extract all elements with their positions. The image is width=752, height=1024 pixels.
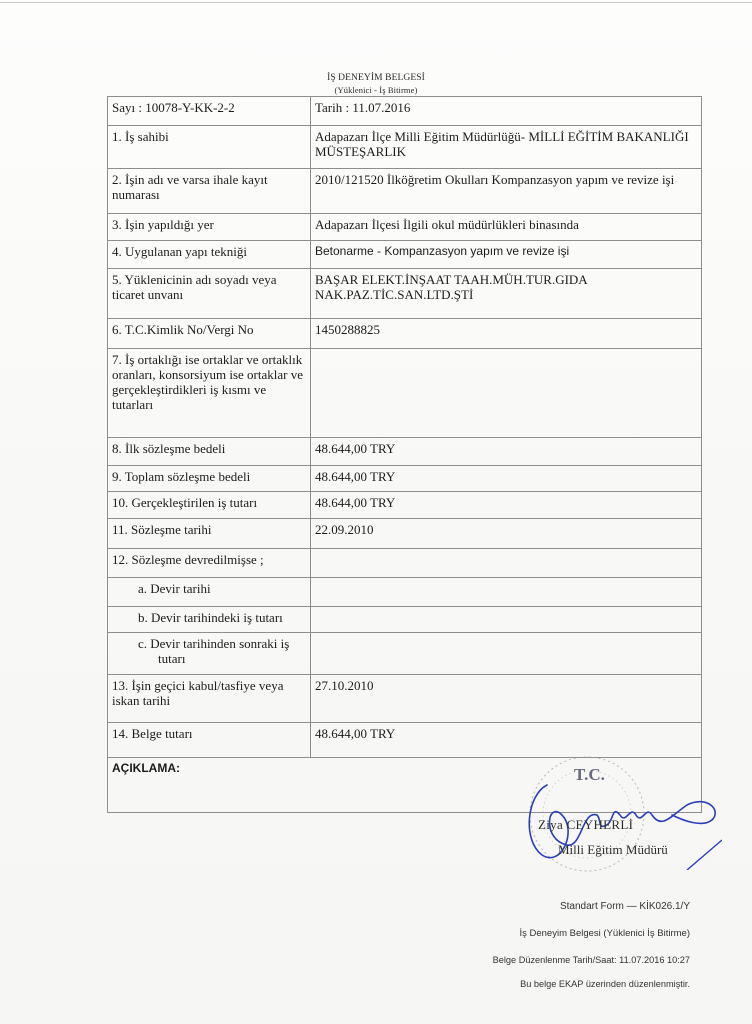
table-row: 7. İş ortaklığı ise ortaklar ve ortaklık…: [108, 349, 702, 438]
row-value: 48.644,00 TRY: [311, 492, 702, 519]
experience-certificate-table: Sayı : 10078-Y-KK-2-2 Tarih : 11.07.2016…: [107, 96, 702, 813]
row-value: [311, 578, 702, 607]
footer-ekap-note: Bu belge EKAP üzerinden düzenlenmiştir.: [520, 979, 690, 989]
table-row: a. Devir tarihi: [108, 578, 702, 607]
table-row: 1. İş sahibi Adapazarı İlçe Milli Eğitim…: [108, 126, 702, 169]
row-label: 3. İşin yapıldığı yer: [108, 214, 311, 241]
sayi-cell: Sayı : 10078-Y-KK-2-2: [108, 97, 311, 126]
footer-form-code: Standart Form — KİK026.1/Y: [560, 901, 690, 912]
row-label-line1: c. Devir tarihinden sonraki iş: [138, 636, 289, 651]
row-value: [311, 633, 702, 675]
table-row: 11. Sözleşme tarihi 22.09.2010: [108, 519, 702, 549]
footer-issued-datetime: Belge Düzenlenme Tarih/Saat: 11.07.2016 …: [493, 955, 690, 965]
footer-form-name: İş Deneyim Belgesi (Yüklenici İş Bitirme…: [519, 928, 690, 939]
row-value: Adapazarı İlçesi İlgili okul müdürlükler…: [311, 214, 702, 241]
row-label: 6. T.C.Kimlik No/Vergi No: [108, 319, 311, 349]
table-row: 4. Uygulanan yapı tekniği Betonarme - Ko…: [108, 241, 702, 269]
table-row: 8. İlk sözleşme bedeli 48.644,00 TRY: [108, 438, 702, 466]
signer-name: Ziya CEYHERLİ: [538, 817, 633, 833]
document-title: İŞ DENEYİM BELGESİ: [0, 73, 752, 83]
row-value: Betonarme - Kompanzasyon yapım ve revize…: [311, 241, 702, 269]
table-row: c. Devir tarihinden sonraki iş tutarı: [108, 633, 702, 675]
row-label: 10. Gerçekleştirilen iş tutarı: [108, 492, 311, 519]
row-value: 48.644,00 TRY: [311, 438, 702, 466]
row-label: 1. İş sahibi: [108, 126, 311, 169]
row-label-line2: tutarı: [138, 651, 306, 666]
scan-edge-line: [0, 2, 752, 3]
row-value: 22.09.2010: [311, 519, 702, 549]
row-label: a. Devir tarihi: [108, 578, 311, 607]
row-value: Adapazarı İlçe Milli Eğitim Müdürlüğü- M…: [311, 126, 702, 169]
table-row: 9. Toplam sözleşme bedeli 48.644,00 TRY: [108, 466, 702, 492]
table-row: 12. Sözleşme devredilmişse ;: [108, 549, 702, 578]
row-label: 7. İş ortaklığı ise ortaklar ve ortaklık…: [108, 349, 311, 438]
row-label: 11. Sözleşme tarihi: [108, 519, 311, 549]
table-row: 6. T.C.Kimlik No/Vergi No 1450288825: [108, 319, 702, 349]
row-value: 1450288825: [311, 319, 702, 349]
row-value: 27.10.2010: [311, 675, 702, 723]
row-value: [311, 549, 702, 578]
row-label: c. Devir tarihinden sonraki iş tutarı: [108, 633, 311, 675]
row-label: 9. Toplam sözleşme bedeli: [108, 466, 311, 492]
table-row: 10. Gerçekleştirilen iş tutarı 48.644,00…: [108, 492, 702, 519]
table-row-header: Sayı : 10078-Y-KK-2-2 Tarih : 11.07.2016: [108, 97, 702, 126]
row-value: [311, 349, 702, 438]
table-row: 13. İşin geçici kabul/tasfiye veya iskan…: [108, 675, 702, 723]
row-label: 13. İşin geçici kabul/tasfiye veya iskan…: [108, 675, 311, 723]
row-label: 8. İlk sözleşme bedeli: [108, 438, 311, 466]
tarih-cell: Tarih : 11.07.2016: [311, 97, 702, 126]
table-row: 5. Yüklenicinin adı soyadı veya ticaret …: [108, 269, 702, 319]
row-label: 4. Uygulanan yapı tekniği: [108, 241, 311, 269]
table-row: 3. İşin yapıldığı yer Adapazarı İlçesi İ…: [108, 214, 702, 241]
document-page: İŞ DENEYİM BELGESİ (Yüklenici - İş Bitir…: [0, 0, 752, 1024]
row-label: 2. İşin adı ve varsa ihale kayıt numaras…: [108, 169, 311, 214]
signer-title: Milli Eğitim Müdürü: [558, 842, 668, 858]
row-label: 12. Sözleşme devredilmişse ;: [108, 549, 311, 578]
row-value: 48.644,00 TRY: [311, 466, 702, 492]
document-subtitle: (Yüklenici - İş Bitirme): [0, 85, 752, 95]
row-value: [311, 607, 702, 633]
table-row: 2. İşin adı ve varsa ihale kayıt numaras…: [108, 169, 702, 214]
row-label: 5. Yüklenicinin adı soyadı veya ticaret …: [108, 269, 311, 319]
row-value: BAŞAR ELEKT.İNŞAAT TAAH.MÜH.TUR.GIDA NAK…: [311, 269, 702, 319]
row-value: 2010/121520 İlköğretim Okulları Kompanza…: [311, 169, 702, 214]
table-row: b. Devir tarihindeki iş tutarı: [108, 607, 702, 633]
row-label: b. Devir tarihindeki iş tutarı: [108, 607, 311, 633]
row-label: 14. Belge tutarı: [108, 723, 311, 758]
